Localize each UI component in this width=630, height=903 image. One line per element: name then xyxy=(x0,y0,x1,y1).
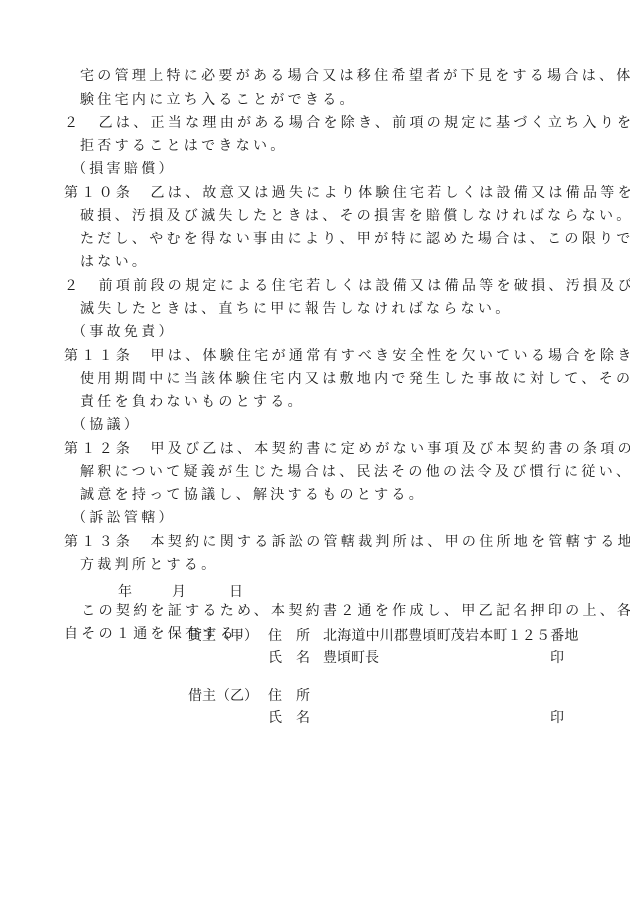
body-line: 使用期間中に当該体験住宅内又は敷地内で発生した事故に対して、その xyxy=(80,369,630,389)
body-line: 拒否することはできない。 xyxy=(80,136,288,156)
body-line: この契約を証するため、本契約書２通を作成し、甲乙記名押印の上、各 xyxy=(64,601,630,621)
body-line: ２ 前項前段の規定による住宅若しくは設備又は備品等を破損、汚損及び xyxy=(64,276,630,296)
body-line: （事故免責） xyxy=(72,322,176,342)
lessee-seal: 印 xyxy=(550,708,564,728)
body-line: 滅失したときは、直ちに甲に報告しなければならない。 xyxy=(80,299,513,319)
lessor-address: 北海道中川郡豊頃町茂岩本町１２５番地 xyxy=(323,626,579,646)
body-line: 宅の管理上特に必要がある場合又は移住希望者が下見をする場合は、体 xyxy=(80,66,630,86)
body-line: 方裁判所とする。 xyxy=(80,555,218,575)
date-month: 月 xyxy=(172,582,186,602)
contract-page: 宅の管理上特に必要がある場合又は移住希望者が下見をする場合は、体験住宅内に立ち入… xyxy=(0,0,630,903)
lessor-name-label: 氏 名 xyxy=(268,648,310,668)
body-line: 誠意を持って協議し、解決するものとする。 xyxy=(80,485,426,505)
lessor-address-label: 住 所 xyxy=(268,626,310,646)
lessor-name: 豊頃町長 xyxy=(323,648,379,668)
body-line: はない。 xyxy=(80,252,149,272)
lessor-role: 貸主（甲） xyxy=(188,626,258,646)
body-line: 破損、汚損及び滅失したときは、その損害を賠償しなければならない。 xyxy=(80,206,630,226)
body-line: （協議） xyxy=(72,415,141,435)
body-line: （損害賠償） xyxy=(72,159,176,179)
body-line: ２ 乙は、正当な理由がある場合を除き、前項の規定に基づく立ち入りを xyxy=(64,113,630,133)
lessee-role: 借主（乙） xyxy=(188,686,258,706)
lessor-seal: 印 xyxy=(550,648,564,668)
body-line: 責任を負わないものとする。 xyxy=(80,392,305,412)
body-line: （訴訟管轄） xyxy=(72,508,176,528)
body-line: 第１２条 甲及び乙は、本契約書に定めがない事項及び本契約書の条項の xyxy=(64,439,630,459)
lessee-address-label: 住 所 xyxy=(268,686,310,706)
lessee-name-label: 氏 名 xyxy=(268,708,310,728)
body-line: 験住宅内に立ち入ることができる。 xyxy=(80,90,357,110)
body-line: ただし、やむを得ない事由により、甲が特に認めた場合は、この限りで xyxy=(80,229,630,249)
date-day: 日 xyxy=(229,582,243,602)
body-line: 第１３条 本契約に関する訴訟の管轄裁判所は、甲の住所地を管轄する地 xyxy=(64,532,630,552)
date-year: 年 xyxy=(118,582,132,602)
body-line: 第１０条 乙は、故意又は過失により体験住宅若しくは設備又は備品等を xyxy=(64,183,630,203)
body-line: 解釈について疑義が生じた場合は、民法その他の法令及び慣行に従い、 xyxy=(80,462,630,482)
body-line: 第１１条 甲は、体験住宅が通常有すべき安全性を欠いている場合を除き、 xyxy=(64,346,630,366)
